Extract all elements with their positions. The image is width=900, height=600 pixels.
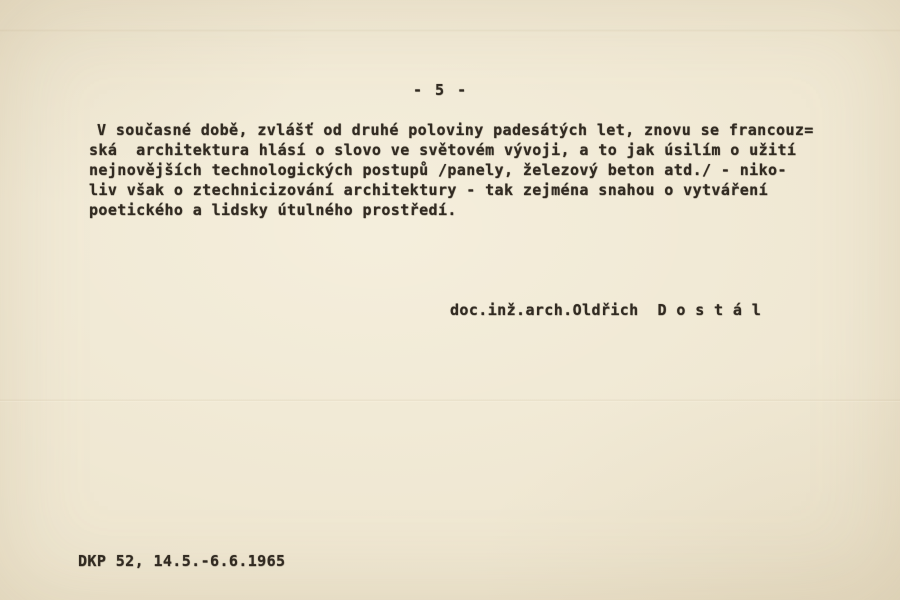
scanned-document-page: - 5 - V současné době, zvlášť od druhé p… xyxy=(0,0,900,600)
signature-line: doc.inž.arch.Oldřich D o s t á l xyxy=(450,301,761,319)
paragraph-line: poetického a lidsky útulného prostředí. xyxy=(89,200,814,220)
paragraph-line: nejnovějších technologických postupů /pa… xyxy=(89,160,814,180)
body-paragraph: V současné době, zvlášť od druhé polovin… xyxy=(89,120,814,220)
page-number: - 5 - xyxy=(413,81,468,99)
paper-crease xyxy=(0,399,900,402)
reference-number: DKP 52, 14.5.-6.6.1965 xyxy=(78,552,285,570)
paragraph-line: V současné době, zvlášť od druhé polovin… xyxy=(89,120,814,140)
paragraph-line: liv však o ztechnicizování architektury … xyxy=(89,180,814,200)
paper-crease xyxy=(0,29,900,32)
paragraph-line: ská architektura hlásí o slovo ve světov… xyxy=(89,140,814,160)
